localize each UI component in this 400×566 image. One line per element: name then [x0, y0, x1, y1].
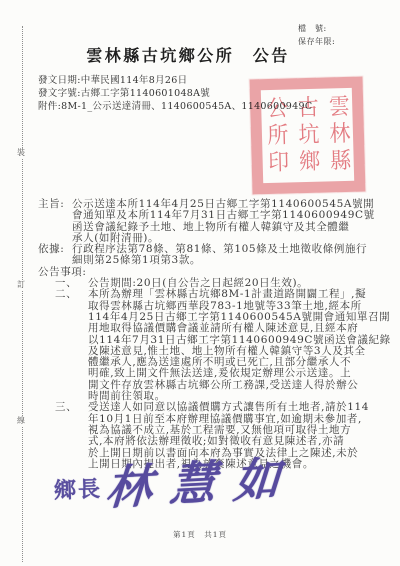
official-red-seal: 雲林縣 古坑鄉 公所印	[250, 77, 366, 195]
binding-mark-ding: 訂	[17, 280, 25, 290]
subject-label: 主旨:	[38, 199, 72, 210]
seal-column-yunlin-county: 雲林縣	[327, 94, 350, 176]
file-no-label: 檔 號:	[298, 22, 335, 35]
doc-number-label: 發文字號:	[38, 88, 81, 99]
item-3-number: 三、	[55, 402, 88, 413]
seal-column-office-seal: 公所印	[265, 96, 288, 178]
item-2-number: 二、	[55, 289, 88, 300]
announcement-item-2: 二、 本所為辦理「雲林縣古坑鄉8M-1計畫道路開闢工程」,擬 取得雲林縣古坑鄉西…	[38, 289, 392, 402]
page-footer: 第1頁 共1頁	[0, 529, 400, 540]
mayor-signature: 林慧如	[104, 442, 300, 518]
document-title: 雲林縣古坑鄉公所 公告	[0, 43, 376, 66]
doc-number-value: 古鄉工字第1140601048A號	[81, 88, 210, 99]
issue-date-value: 中華民國114年8月26日	[81, 75, 188, 86]
subject-text: 公示送達本所114年4月25日古鄉工字第1140600545A號開 會通知單及本…	[72, 199, 392, 244]
subject-section: 主旨: 公示送達本所114年4月25日古鄉工字第1140600545A號開 會通…	[38, 199, 392, 244]
scanned-announcement-page: 裝 訂 線 檔 號: 保存年限: 雲林縣古坑鄉公所 公告 發文日期:中華民國11…	[0, 0, 400, 566]
basis-section: 依據: 行政程序法第78條、第81條、第105條及土地徵收條例施行 細則第25條…	[38, 244, 392, 267]
attachment-label: 附件:	[38, 101, 61, 112]
mayor-title-stamp: 鄉長	[53, 472, 102, 505]
basis-text: 行政程序法第78條、第81條、第105條及土地徵收條例施行 細則第25條第1項第…	[72, 244, 392, 267]
binding-mark-zhuang: 裝	[17, 148, 25, 158]
binding-mark-xian: 線	[17, 416, 25, 426]
binding-dotted-line	[22, 26, 23, 562]
seal-column-gukeng-township: 古坑鄉	[296, 95, 319, 177]
basis-label: 依據:	[38, 244, 72, 255]
document-body: 主旨: 公示送達本所114年4月25日古鄉工字第1140600545A號開 會通…	[38, 199, 392, 470]
seal-inscription: 雲林縣 古坑鄉 公所印	[261, 88, 354, 183]
item-2-text: 本所為辦理「雲林縣古坑鄉8M-1計畫道路開闢工程」,擬 取得雲林縣古坑鄉西華段7…	[88, 289, 392, 402]
issue-date-label: 發文日期:	[38, 75, 81, 86]
